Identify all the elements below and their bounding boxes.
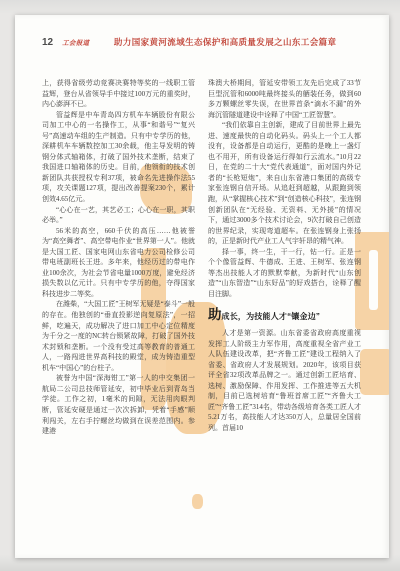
running-title: 助力国家黄河流域生态保护和高质量发展之山东工会篇章 [89,36,361,48]
paragraph: 管益辉是中车青岛四方机车车辆股份有限公司加工中心的一名操作工，从事“和谐号”“复… [42,110,195,205]
page-number: 12 [42,37,53,48]
watermark-stain [192,494,203,509]
section-heading-lead-char: 助 [208,308,222,321]
paragraph: 在潍柴，“大国工匠”王树军无疑是“泰斗”一般的存在。他独创的“垂直投影逆向复原法… [42,299,195,373]
paragraph: 人才是第一资源。山东省委省政府高度重视发挥工人阶级主力军作用，高度重视全省产业工… [208,328,361,433]
magazine-page: 12 工会报道 助力国家黄河流域生态保护和高质量发展之山东工会篇章 上，获得省级… [15,15,389,558]
paragraph: 上，获得省级劳动竞赛决赛特等奖的一线职工管益辉，登台从省领导手中接过100万元的… [42,78,195,110]
right-column: 珠澳大桥期间，管延安带领工友先后完成了33节巨型沉管和6000吨最终接头的舾装任… [208,78,361,437]
paragraph: 择一事，终一生，干一行，钻一行。正是一个个像管益辉、牛德成、王进、王树军、张连钢… [208,247,361,300]
page-header: 12 工会报道 助力国家黄河流域生态保护和高质量发展之山东工会篇章 [42,36,361,48]
paragraph: “心心在一艺，其艺必工；心心在一职，其职必举。” [42,205,195,226]
section-heading: 助 成长，为技能人才“镶金边” [208,308,361,323]
paragraph: 珠澳大桥期间，管延安带领工友先后完成了33节巨型沉管和6000吨最终接头的舾装任… [208,78,361,120]
left-column: 上，获得省级劳动竞赛决赛特等奖的一线职工管益辉，登台从省领导手中接过100万元的… [42,78,195,437]
section-heading-text: 成长，为技能人才“镶金边” [222,312,321,323]
paragraph: 被誉为中国“深海钳工”第一人的中交集团一航局二公司总技师管延安，初中毕业后到青岛… [42,373,195,436]
watermark-stain-gap [369,250,378,310]
masthead-logo: 工会报道 [62,38,89,47]
paragraph: “我们依靠自主创新，建成了目前世界上最先进、速度最快的自动化码头。码头上一个工人… [208,120,361,247]
watermark-stain [360,349,389,395]
article-body: 上，获得省级劳动竞赛决赛特等奖的一线职工管益辉，登台从省领导手中接过100万元的… [42,78,361,437]
paragraph: 56米的高空，660千伏的高压……他被誉为“高空舞者”、高空带电作业“世界第一人… [42,226,195,300]
